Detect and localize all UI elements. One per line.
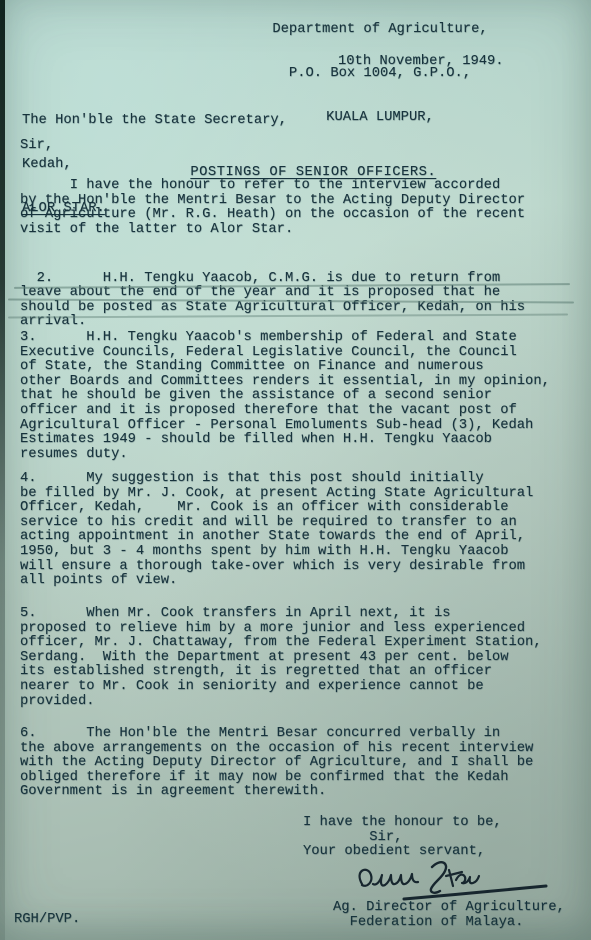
letterhead-department: Department of Agriculture,: [230, 23, 530, 38]
photo-edge-left: [0, 0, 5, 940]
paragraph-3: 3. H.H. Tengku Yaacob's membership of Fe…: [20, 331, 576, 462]
reference-initials: RGH/PVP.: [14, 913, 80, 928]
paragraph-1: I have the honour to refer to the interv…: [20, 179, 576, 237]
signature-handwriting: [346, 854, 560, 904]
paragraph-4: 4. My suggestion is that this post shoul…: [20, 472, 576, 589]
letter-date: 10th November, 1949.: [338, 55, 504, 70]
subject-line: POSTINGS OF SENIOR OFFICERS.: [0, 151, 591, 180]
paragraph-6: 6. The Hon'ble the Mentri Besar concurre…: [20, 727, 576, 800]
signature-title: Ag. Director of Agriculture, Federation …: [333, 901, 565, 930]
recipient-line-1: The Hon'ble the State Secretary,: [22, 114, 287, 129]
paragraph-5: 5. When Mr. Cook transfers in April next…: [20, 607, 576, 709]
paragraph-2-text: 2. H.H. Tengku Yaacob, C.M.G. is due to …: [20, 271, 525, 330]
